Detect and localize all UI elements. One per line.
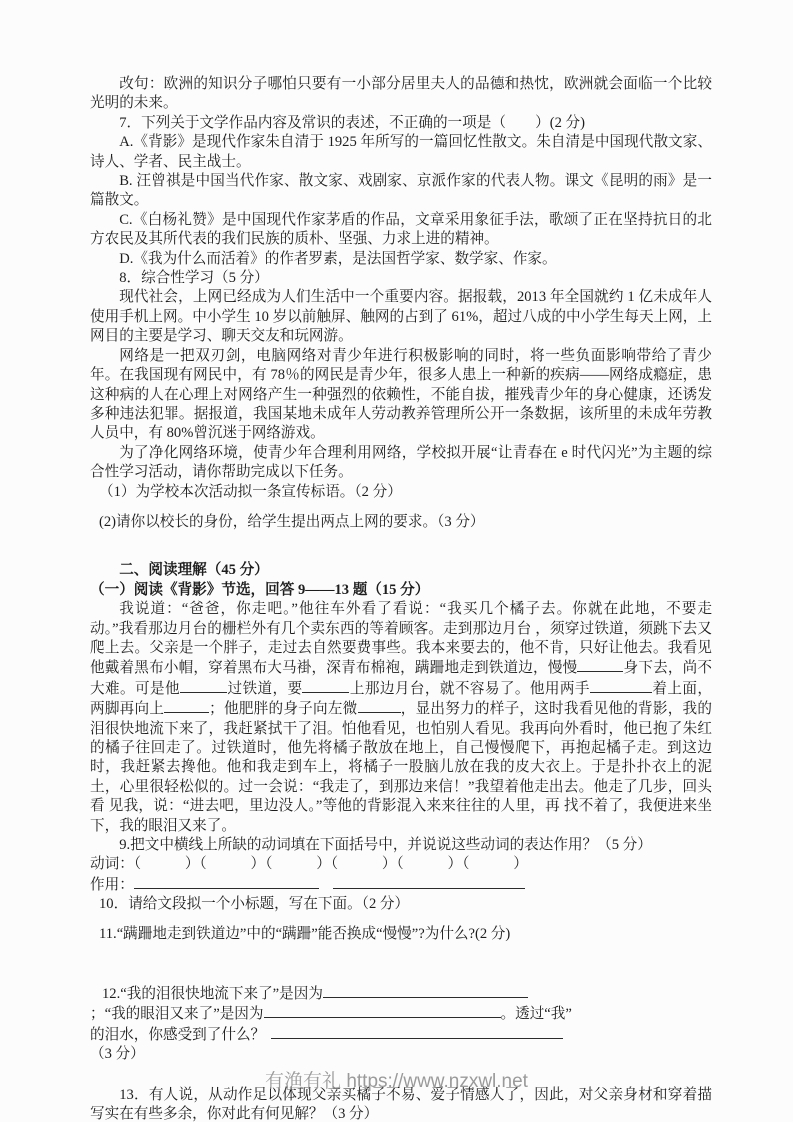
para-activity-intro: 为了净化网络环境，使青少年合理利用网络，学校拟开展“让青春在 e 时代闪光”为主… bbox=[90, 444, 712, 483]
fill-in-blank-underline bbox=[164, 699, 209, 713]
fill-in-blank-underline bbox=[302, 679, 349, 693]
passage-beiying: 我说道：“爸爸，你走吧。”他往车外看了看说：“我买几个橘子去。你就在此地，不要走… bbox=[90, 600, 712, 836]
document-body: 改句：欧洲的知识分子哪怕只要有一小部分居里夫人的品德和热忱，欧洲就会面临一个比较… bbox=[90, 75, 712, 1122]
para-internet-intro: 现代社会，上网已经成为人们生活中一个重要内容。据报载，2013 年全国就约 1 … bbox=[90, 288, 712, 346]
fill-in-blank-underline bbox=[590, 679, 652, 693]
option-C: C.《白杨礼赞》是中国现代作家茅盾的作品，文章采用象征手法，歌颂了正在坚持抗日的… bbox=[90, 211, 712, 250]
option-B: B. 汪曾祺是中国当代作家、散文家、戏剧家、京派作家的代表人物。课文《昆明的雨》… bbox=[90, 172, 712, 211]
question-12-score: （3 分） bbox=[90, 1045, 712, 1064]
para-double-edged-sword: 网络是一把双刃剑，电脑网络对青少年进行积极影响的同时，将一些负面影响带给了青少年… bbox=[90, 347, 712, 444]
question-10: 10．请给文段拟一个小标题，写在下面。（2 分） bbox=[90, 895, 712, 914]
fill-in-blank-underline bbox=[577, 658, 623, 672]
revision-sentence: 改句：欧洲的知识分子哪怕只要有一小部分居里夫人的品德和热忱，欧洲就会面临一个比较… bbox=[90, 75, 712, 114]
question-8-task-1: （1）为学校本次活动拟一条宣传标语。（2 分） bbox=[90, 483, 712, 502]
fill-in-blank-underline bbox=[134, 875, 319, 889]
question-12-line-1: 12.“我的泪很快地流下来了”是因为 bbox=[90, 984, 712, 1004]
fill-in-blank-underline bbox=[323, 984, 528, 998]
fill-in-blank-underline bbox=[180, 679, 227, 693]
spacer bbox=[319, 888, 333, 889]
question-8: 8．综合性学习（5 分） bbox=[90, 269, 712, 288]
section-2-heading: 二、阅读理解（45 分） bbox=[90, 561, 712, 580]
question-11: 11.“蹒跚地走到铁道边”中的“蹒跚”能否换成“慢慢”?为什么?(2 分) bbox=[90, 925, 712, 944]
section-2-subheading: （一）阅读《背影》节选，回答 9——13 题（15 分） bbox=[90, 581, 712, 600]
option-D: D.《我为什么而活着》的作者罗素，是法国哲学家、数学家、作家。 bbox=[90, 250, 712, 269]
exam-paper-page: 改句：欧洲的知识分子哪怕只要有一小部分居里夫人的品德和热忱，欧洲就会面临一个比较… bbox=[0, 0, 793, 1122]
question-8-task-2: (2)请你以校长的身份，给学生提出两点上网的要求。（3 分） bbox=[90, 513, 712, 532]
fill-in-blank-underline bbox=[271, 1025, 563, 1039]
question-12-line-2: ；“我的眼泪又来了”是因为。透过“我” bbox=[90, 1004, 712, 1024]
question-9-verbs-line: 动词：（ ）（ ）（ ）（ ）（ ）（ ） bbox=[90, 855, 712, 874]
fill-in-blank-underline bbox=[333, 875, 525, 889]
question-9-function-line: 作用： bbox=[90, 875, 712, 895]
fill-in-blank-underline bbox=[264, 1004, 501, 1018]
watermark-footer: 有渔有礼 https://www.nzxwl.net bbox=[0, 1066, 793, 1093]
option-A: A.《背影》是现代作家朱自清于 1925 年所写的一篇回忆性散文。朱自清是中国现… bbox=[90, 133, 712, 172]
question-9: 9.把文中横线上所缺的动词填在下面括号中，并说说这些动词的表达作用？（5 分） bbox=[90, 836, 712, 855]
question-7: 7．下列关于文学作品内容及常识的表述，不正确的一项是（ ）(2 分) bbox=[90, 114, 712, 133]
fill-in-blank-underline bbox=[358, 699, 401, 713]
question-12-line-3: 的泪水，你感受到了什么？ bbox=[90, 1025, 712, 1045]
